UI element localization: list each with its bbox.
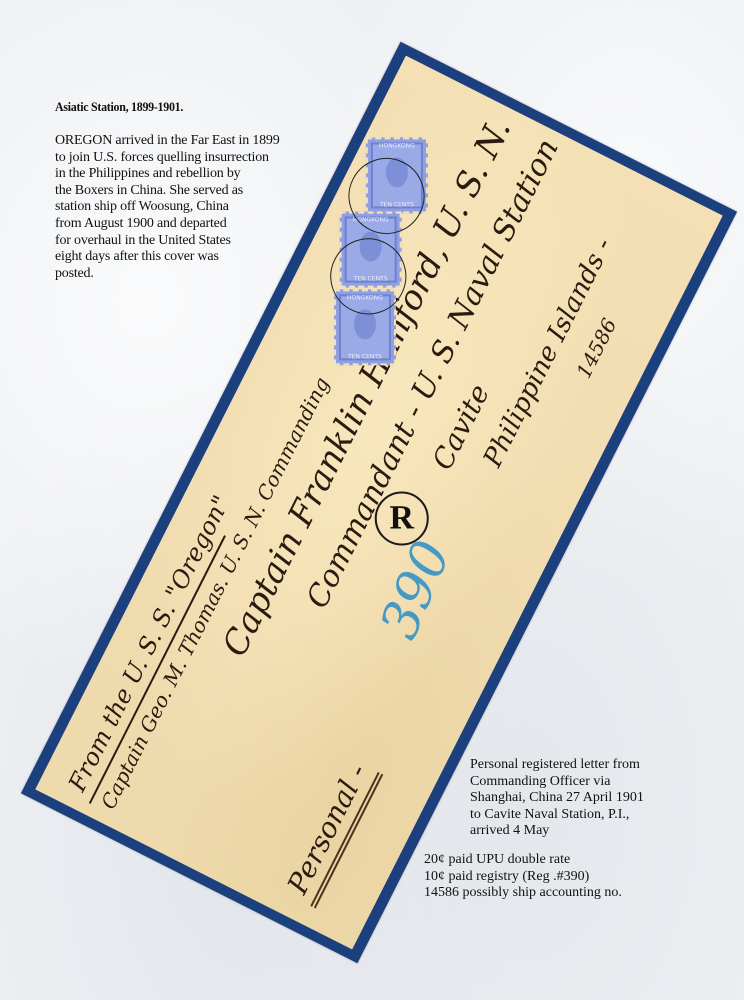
intro-text: OREGON arrived in the Far East in 1899 t… — [55, 133, 305, 282]
sender-underline — [89, 535, 226, 804]
registration-number: 390 — [369, 533, 463, 648]
stamp-value: TEN CENTS — [336, 353, 394, 360]
notes-rates: 20¢ paid UPU double rate 10¢ paid regist… — [424, 852, 740, 902]
cover-notes: Personal registered letter from Commandi… — [470, 757, 740, 902]
registration-letter: R — [389, 499, 414, 537]
sender-name: Captain Geo. M. Thomas. U. S. N. Command… — [96, 373, 334, 813]
intro-paragraph: OREGON arrived in the Far East in 1899 t… — [55, 133, 305, 282]
page-title: Asiatic Station, 1899-1901. — [55, 99, 183, 115]
stamp-country: HONGKONG — [368, 142, 426, 149]
sender-line: From the U. S. S. "Oregon" — [63, 491, 236, 796]
notes-description: Personal registered letter from Commandi… — [470, 757, 740, 840]
